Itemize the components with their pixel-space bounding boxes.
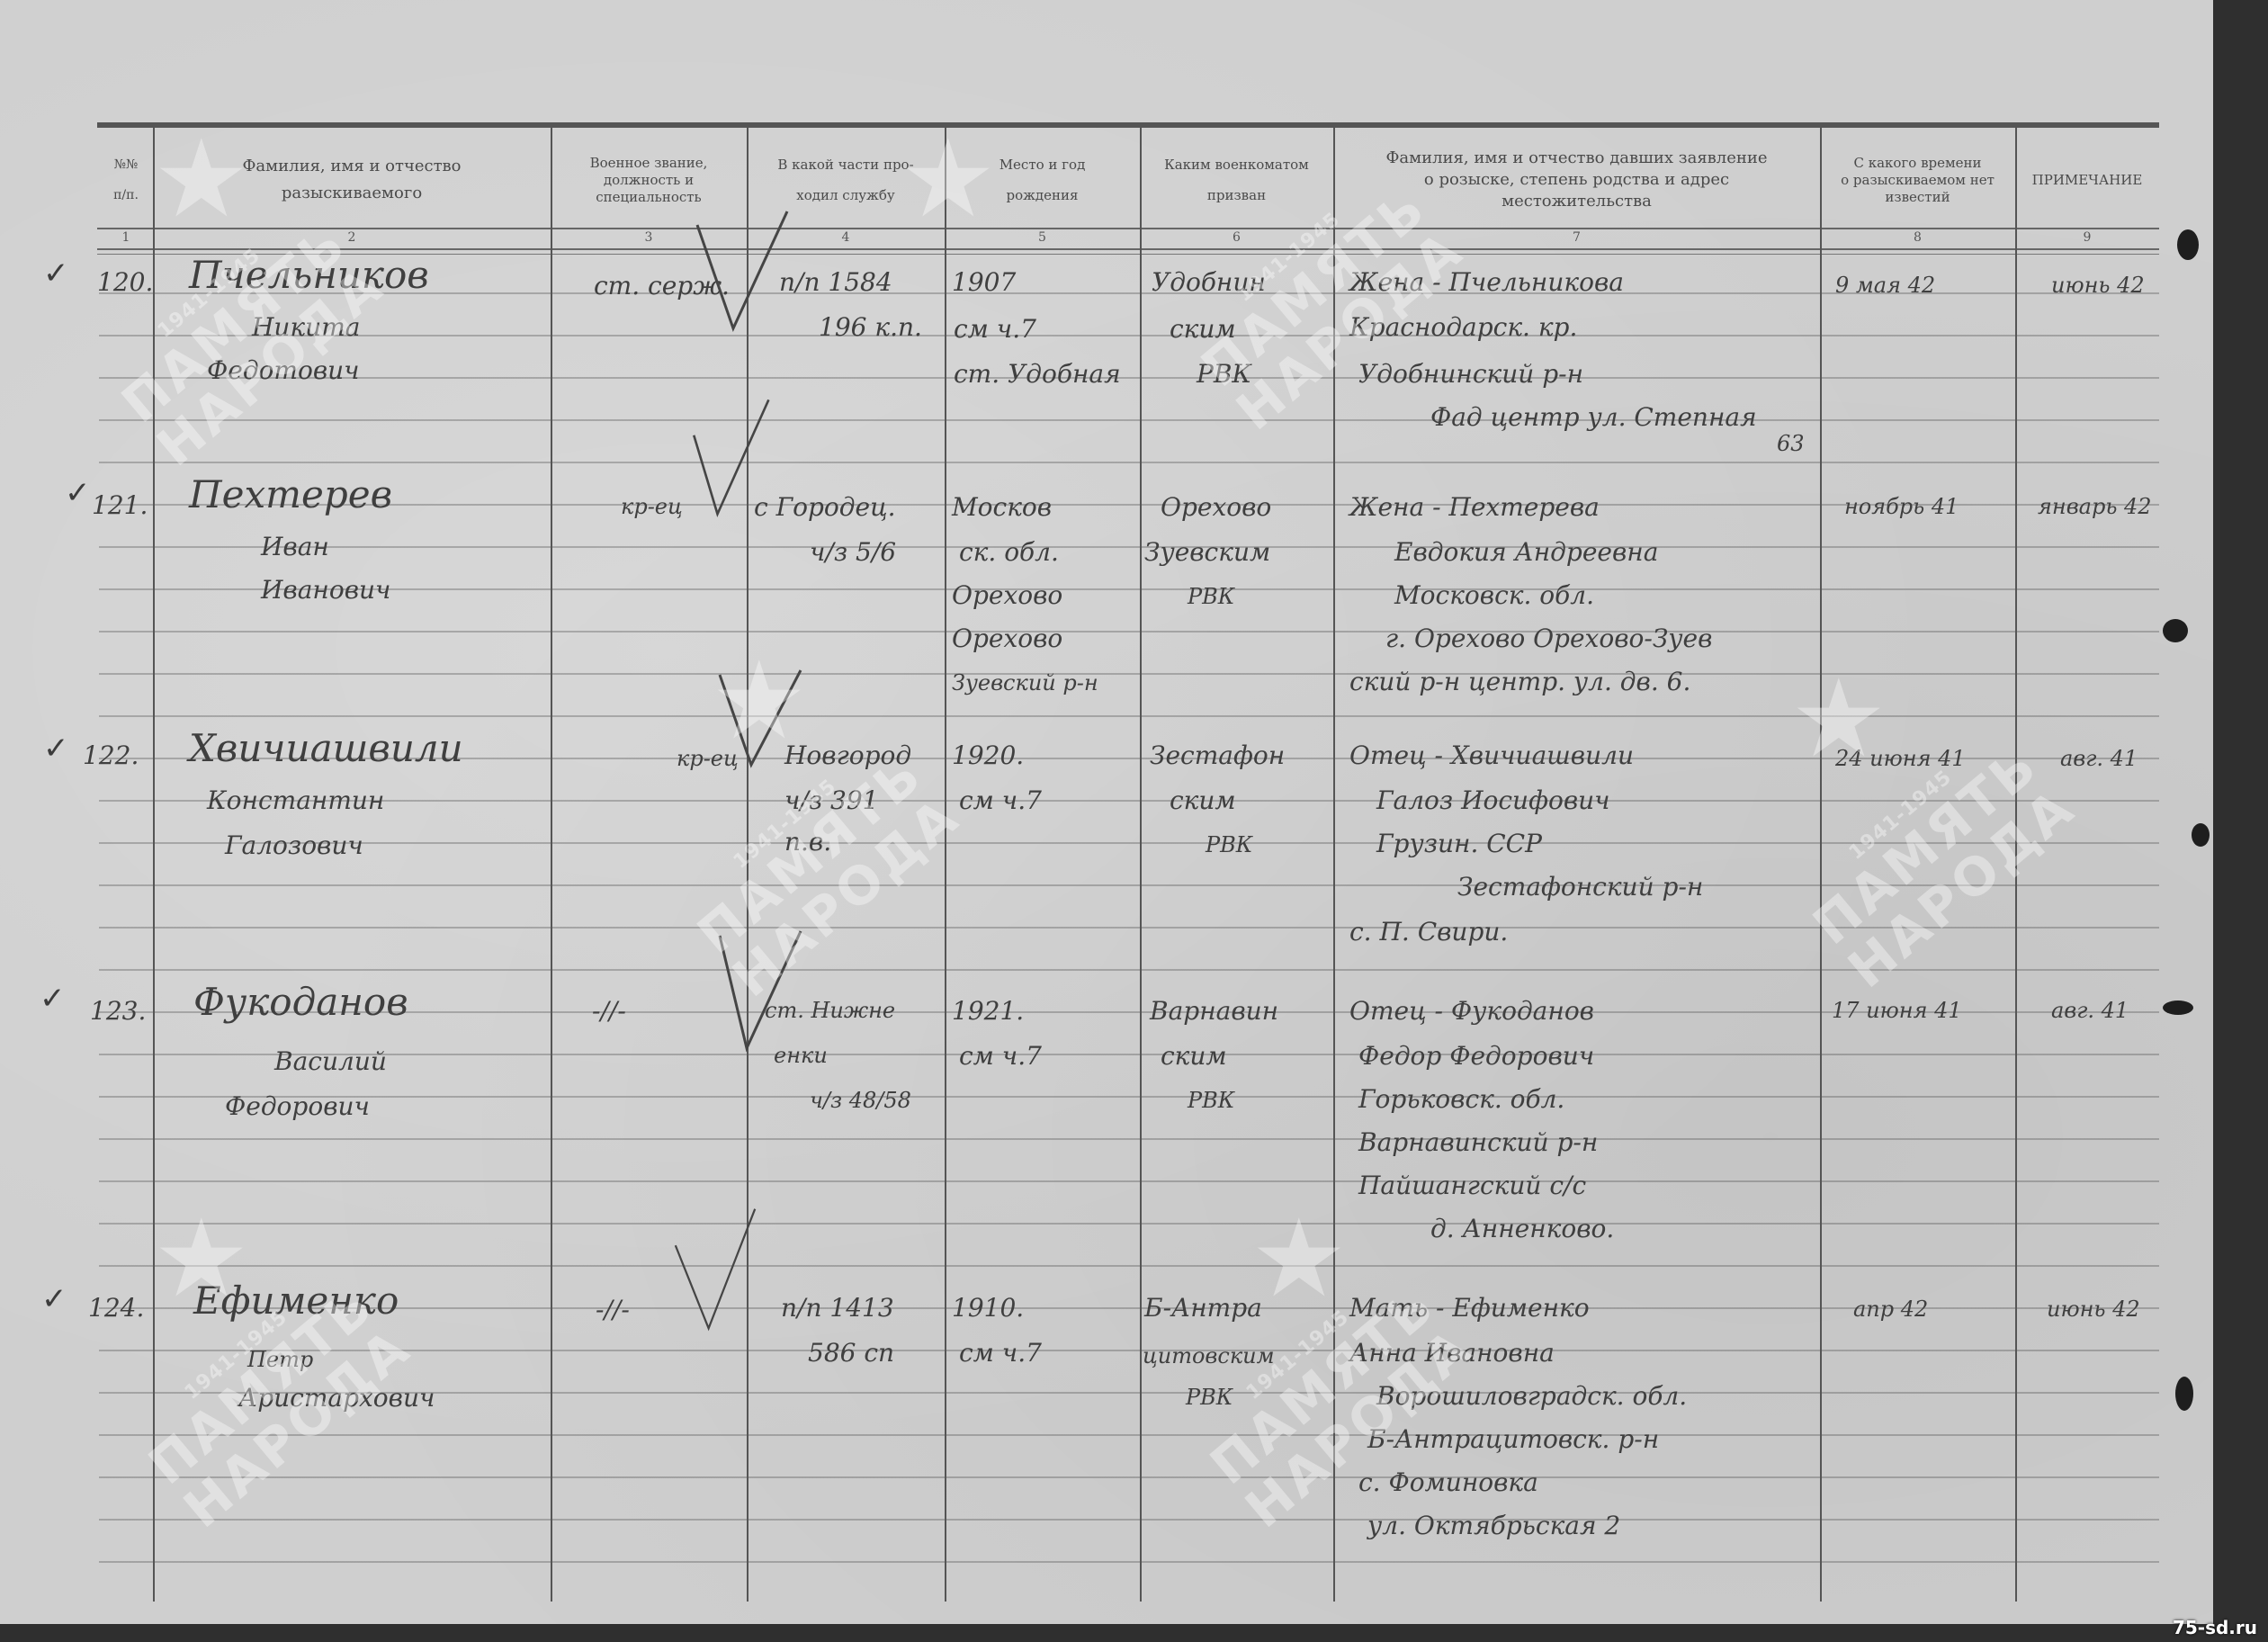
birth-line: см ч.7: [959, 779, 1042, 821]
applicant-line: с. Фоминовка: [1358, 1461, 1538, 1503]
birth-line: Орехово: [952, 574, 1062, 616]
no-news-since: апр 42: [1853, 1288, 1928, 1331]
rank: -//-: [592, 990, 626, 1032]
header-text: должность и: [604, 172, 694, 189]
header-text: призван: [1207, 180, 1266, 211]
scan-edge-bottom: [0, 1624, 2268, 1642]
unit-line: 196 к.п.: [819, 306, 922, 348]
applicant-line: Б-Антрацитовск. р-н: [1367, 1418, 1659, 1460]
header-text: местожительства: [1502, 191, 1652, 212]
header-bottom-rule: [97, 228, 2159, 229]
applicant-line: Федор Федорович: [1358, 1035, 1594, 1077]
applicant-line: Галоз Иосифович: [1376, 779, 1610, 821]
col-number: 6: [1140, 230, 1333, 248]
row-number: 123.: [90, 990, 146, 1032]
applicant-line: ул. Октябрьская 2: [1367, 1504, 1620, 1547]
draft-line: ским: [1161, 1035, 1227, 1077]
draft-line: Зуевским: [1144, 531, 1270, 573]
unit-line: п.в.: [784, 821, 831, 863]
first-name: Петр: [247, 1339, 313, 1381]
column-divider: [153, 126, 155, 1602]
applicant-line: Фад центр ул. Степная: [1430, 396, 1757, 438]
column-divider: [551, 126, 552, 1602]
col-number: 5: [945, 230, 1140, 248]
applicant-line: Жена - Пехтерева: [1349, 486, 1600, 528]
row-number: 124.: [88, 1287, 144, 1329]
note: июнь 42: [2051, 265, 2145, 307]
draft-line: Зестафон: [1150, 734, 1285, 776]
patronymic: Федотович: [207, 349, 360, 391]
first-name: Константин: [207, 779, 384, 821]
applicant-line: Жена - Пчельникова: [1349, 261, 1624, 303]
applicant-line: д. Анненково.: [1430, 1207, 1614, 1250]
unit-line: 586 сп: [808, 1332, 894, 1374]
col-number: 8: [1820, 230, 2015, 248]
note: авг. 41: [2060, 738, 2138, 780]
note: январь 42: [2038, 486, 2152, 528]
header-col-1: №№ п/п.: [99, 135, 153, 225]
column-divider: [1140, 126, 1142, 1602]
draft-line: Орехово: [1161, 486, 1271, 528]
unit-line: п/п 1413: [781, 1287, 894, 1329]
surname: Ефименко: [193, 1279, 399, 1322]
draft-line: РВК: [1188, 1080, 1234, 1122]
applicant-line: Отец - Хвичиашвили: [1349, 734, 1634, 776]
checkmark-icon: ✓: [43, 731, 69, 767]
applicant-line: Отец - Фукоданов: [1349, 990, 1594, 1032]
applicant-line: Грузин. ССР: [1376, 822, 1542, 865]
col-number: 1: [99, 230, 153, 248]
site-stamp: 75-sd.ru: [2173, 1617, 2257, 1638]
punch-hole: [2177, 229, 2199, 260]
patronymic: Иванович: [261, 569, 390, 611]
checkmark-icon: ✓: [65, 475, 91, 511]
birth-line: Москов: [952, 486, 1052, 528]
header-text: Каким военкоматом: [1164, 149, 1309, 180]
birth-line: см ч.7: [959, 1332, 1042, 1374]
column-divider: [1333, 126, 1335, 1602]
checkmark-icon: ✓: [41, 1281, 67, 1317]
punch-hole: [2163, 1000, 2193, 1015]
header-text: известий: [1885, 189, 1950, 206]
applicant-line: Евдокия Андреевна: [1394, 531, 1658, 573]
header-text: В какой части про-: [777, 149, 913, 180]
header-text: С какого времени: [1853, 155, 1981, 172]
surname: Фукоданов: [193, 981, 408, 1023]
header-text: Место и год: [1000, 149, 1086, 180]
draft-line: РВК: [1188, 576, 1234, 618]
draft-line: РВК: [1186, 1377, 1233, 1419]
header-text: о розыске, степень родства и адрес: [1424, 169, 1729, 191]
header-col-6: Каким военкоматом призван: [1140, 135, 1333, 225]
scan-edge-right: [2213, 0, 2268, 1642]
applicant-line: Зестафонский р-н: [1457, 866, 1703, 908]
birth-line: см ч.7: [959, 1035, 1042, 1077]
birth-line: 1910.: [952, 1287, 1024, 1329]
row-number: 122.: [83, 734, 139, 776]
column-divider: [747, 126, 749, 1602]
table-top-rule: [97, 122, 2159, 128]
patronymic: Галозович: [225, 824, 363, 866]
applicant-line: ский р-н центр. ул. дв. 6.: [1349, 660, 1690, 703]
draft-line: РВК: [1197, 353, 1251, 395]
draft-line: Б-Антра: [1144, 1287, 1262, 1329]
birth-line: см ч.7: [954, 308, 1036, 350]
applicant-line: Пайшангский с/с: [1358, 1164, 1586, 1207]
column-divider: [2015, 126, 2017, 1602]
large-checkmark-icon: [693, 207, 792, 333]
applicant-line: Удобнинский р-н: [1358, 353, 1583, 395]
first-name: Никита: [252, 306, 360, 348]
unit-line: ч/з 48/58: [810, 1080, 911, 1122]
note: авг. 41: [2051, 990, 2129, 1032]
large-checkmark-icon: [711, 666, 810, 792]
draft-line: Варнавин: [1150, 990, 1278, 1032]
birth-line: 1921.: [952, 990, 1024, 1032]
no-news-since: ноябрь 41: [1844, 486, 1959, 528]
draft-line: цитовским: [1143, 1335, 1275, 1377]
header-text: Военное звание,: [590, 155, 708, 172]
col-number: 7: [1333, 230, 1820, 248]
applicant-line: Мать - Ефименко: [1349, 1287, 1590, 1329]
large-checkmark-icon: [684, 396, 783, 522]
row-number: 120.: [97, 261, 153, 303]
draft-line: ским: [1170, 308, 1236, 350]
header-text: ПРИМЕЧАНИЕ: [2032, 172, 2143, 189]
header-col-9: ПРИМЕЧАНИЕ: [2015, 135, 2159, 225]
column-divider: [1820, 126, 1822, 1602]
applicant-line: Московск. обл.: [1394, 574, 1594, 616]
applicant-line: 63: [1777, 423, 1805, 465]
birth-line: ст. Удобная: [954, 353, 1121, 395]
applicant-line: Краснодарск. кр.: [1349, 306, 1577, 348]
birth-line: 1907: [952, 261, 1016, 303]
header-text: специальность: [596, 189, 701, 206]
header-col-7: Фамилия, имя и отчество давших заявление…: [1333, 135, 1820, 225]
surname: Хвичиашвили: [189, 727, 463, 769]
no-news-since: 24 июня 41: [1835, 738, 1966, 780]
header-text: №№: [114, 149, 139, 180]
header-col-8: С какого времени о разыскиваемом нет изв…: [1820, 135, 2015, 225]
punch-hole: [2163, 619, 2188, 642]
no-news-since: 9 мая 42: [1835, 265, 1935, 307]
row-number: 121.: [92, 484, 148, 526]
column-divider: [945, 126, 946, 1602]
birth-line: Орехово: [952, 617, 1062, 659]
punch-hole: [2175, 1377, 2193, 1411]
punch-hole: [2192, 823, 2210, 847]
document-page: №№ п/п. Фамилия, имя и отчество разыскив…: [0, 0, 2213, 1624]
header-text: рождения: [1006, 180, 1078, 211]
applicant-line: Варнавинский р-н: [1358, 1121, 1598, 1163]
birth-line: 1920.: [952, 734, 1024, 776]
birth-line: Зуевский р-н: [952, 662, 1098, 704]
draft-line: РВК: [1206, 824, 1252, 866]
header-text: Фамилия, имя и отчество давших заявление: [1385, 148, 1767, 169]
applicant-line: г. Орехово Орехово-Зуев: [1385, 617, 1712, 659]
rank: кр-ец: [621, 486, 683, 528]
header-text: разыскиваемого: [282, 180, 422, 207]
patronymic: Федорович: [225, 1085, 370, 1127]
checkmark-icon: ✓: [43, 256, 69, 292]
header-text: о разыскиваемом нет: [1841, 172, 1995, 189]
unit-line: ч/з 5/6: [810, 531, 896, 573]
header-text: ходил службу: [796, 180, 894, 211]
col-number: 9: [2015, 230, 2159, 248]
col-number: 2: [153, 230, 551, 248]
header-col-2: Фамилия, имя и отчество разыскиваемого: [153, 135, 551, 225]
applicant-line: Анна Ивановна: [1349, 1332, 1555, 1374]
large-checkmark-icon: [666, 1206, 765, 1332]
header-col-5: Место и год рождения: [945, 135, 1140, 225]
applicant-line: с. П. Свири.: [1349, 911, 1508, 953]
birth-line: ск. обл.: [959, 531, 1059, 573]
draft-line: ским: [1170, 779, 1236, 821]
applicant-line: Горьковск. обл.: [1358, 1078, 1564, 1120]
first-name: Василий: [274, 1040, 387, 1082]
patronymic: Аристархович: [238, 1377, 435, 1419]
header-text: Фамилия, имя и отчество: [242, 153, 461, 180]
no-news-since: 17 июня 41: [1832, 990, 1962, 1032]
applicant-line: Ворошиловградск. обл.: [1376, 1375, 1687, 1417]
header-text: п/п.: [113, 180, 139, 211]
checkmark-icon: ✓: [40, 981, 66, 1017]
note: июнь 42: [2047, 1288, 2140, 1331]
surname: Пехтерев: [189, 473, 392, 516]
first-name: Иван: [261, 525, 329, 568]
large-checkmark-icon: [711, 927, 810, 1053]
rank: -//-: [596, 1288, 630, 1331]
surname: Пчельников: [189, 254, 429, 296]
draft-line: Удобнин: [1152, 261, 1266, 303]
unit-line: п/п 1584: [779, 261, 892, 303]
